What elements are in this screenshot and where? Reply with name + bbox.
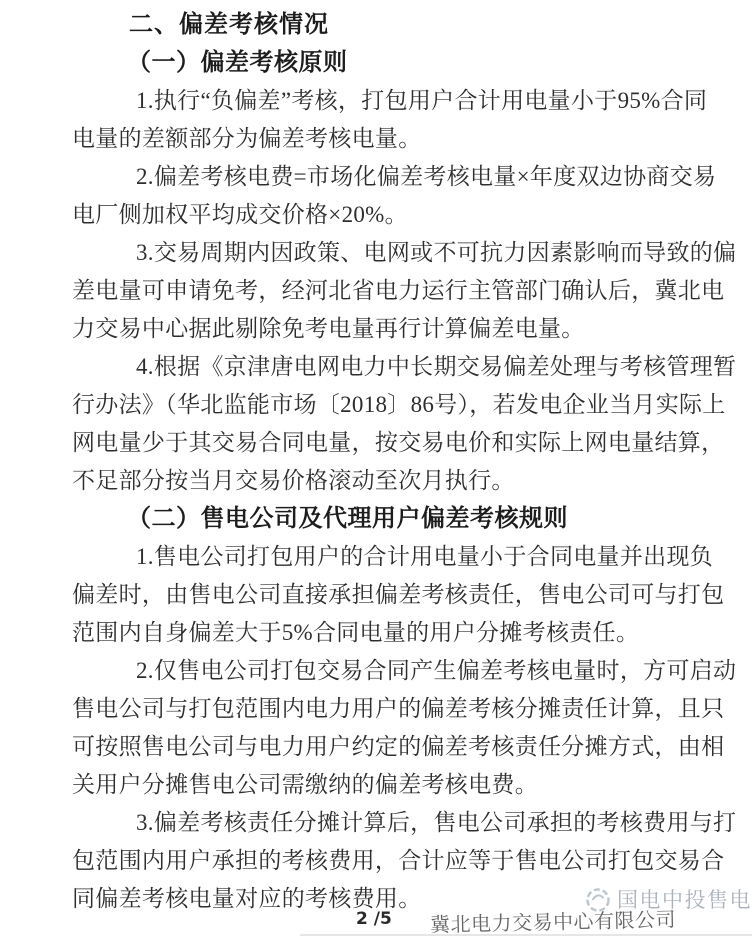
text-line: 范围内自身偏差大于5%合同电量的用户分摊考核责任。 [72,614,682,652]
page-number: 2 /5 [356,909,392,929]
text-line: 1.售电公司打包用户的合计用电量小于合同电量并出现负 [72,538,682,576]
document-body: 二、偏差考核情况 （一）偏差考核原则 1.执行“负偏差”考核，打包用户合计用电量… [72,6,682,918]
text-line: 电量的差额部分为偏差考核电量。 [72,120,682,158]
section-heading: 二、偏差考核情况 [72,6,682,44]
text-line: 售电公司与打包范围内电力用户的偏差考核分摊责任计算，且只 [72,690,682,728]
text-line: 2.仅售电公司打包交易合同产生偏差考核电量时，方可启动 [72,652,682,690]
text-line: 2.偏差考核电费=市场化偏差考核电量×年度双边协商交易 [72,158,682,196]
text-line: 偏差时，由售电公司直接承担偏差考核责任，售电公司可与打包 [72,576,682,614]
paragraph: 3.交易周期内因政策、电网或不可抗力因素影响而导致的偏 差电量可申请免考，经河北… [72,234,682,348]
paragraph: 2.仅售电公司打包交易合同产生偏差考核电量时，方可启动 售电公司与打包范围内电力… [72,652,682,804]
watermark-logo-icon [583,884,613,914]
text-line: 力交易中心据此剔除免考电量再行计算偏差电量。 [72,310,682,348]
text-line: 电厂侧加权平均成交价格×20%。 [72,196,682,234]
document-page: 二、偏差考核情况 （一）偏差考核原则 1.执行“负偏差”考核，打包用户合计用电量… [0,0,752,940]
subsection-1-heading: （一）偏差考核原则 [72,44,682,82]
subsection-2-heading: （二）售电公司及代理用户偏差考核规则 [72,500,682,538]
paragraph: 1.售电公司打包用户的合计用电量小于合同电量并出现负 偏差时，由售电公司直接承担… [72,538,682,652]
text-line: 差电量可申请免考，经河北省电力运行主管部门确认后，冀北电 [72,272,682,310]
text-line: 网电量少于其交易合同电量，按交易电价和实际上网电量结算， [72,424,682,462]
text-line: 包范围内用户承担的考核费用，合计应等于售电公司打包交易合 [72,842,682,880]
watermark: 国电中投售电 [583,884,752,914]
scan-artifact-line [300,934,752,936]
text-line: 4.根据《京津唐电网电力中长期交易偏差处理与考核管理暂 [72,348,682,386]
text-line: 可按照售电公司与电力用户约定的偏差考核责任分摊方式，由相 [72,728,682,766]
paragraph: 2.偏差考核电费=市场化偏差考核电量×年度双边协商交易 电厂侧加权平均成交价格×… [72,158,682,234]
paragraph: 1.执行“负偏差”考核，打包用户合计用电量小于95%合同 电量的差额部分为偏差考… [72,82,682,158]
paragraph: 4.根据《京津唐电网电力中长期交易偏差处理与考核管理暂 行办法》（华北监能市场〔… [72,348,682,500]
text-line: 关用户分摊售电公司需缴纳的偏差考核电费。 [72,766,682,804]
text-line: 3.偏差考核责任分摊计算后，售电公司承担的考核费用与打 [72,804,682,842]
text-line: 行办法》（华北监能市场〔2018〕86号），若发电企业当月实际上 [72,386,682,424]
text-line: 不足部分按当月交易价格滚动至次月执行。 [72,462,682,500]
text-line: 1.执行“负偏差”考核，打包用户合计用电量小于95%合同 [72,82,682,120]
text-line: 3.交易周期内因政策、电网或不可抗力因素影响而导致的偏 [72,234,682,272]
watermark-text: 国电中投售电 [617,884,752,914]
